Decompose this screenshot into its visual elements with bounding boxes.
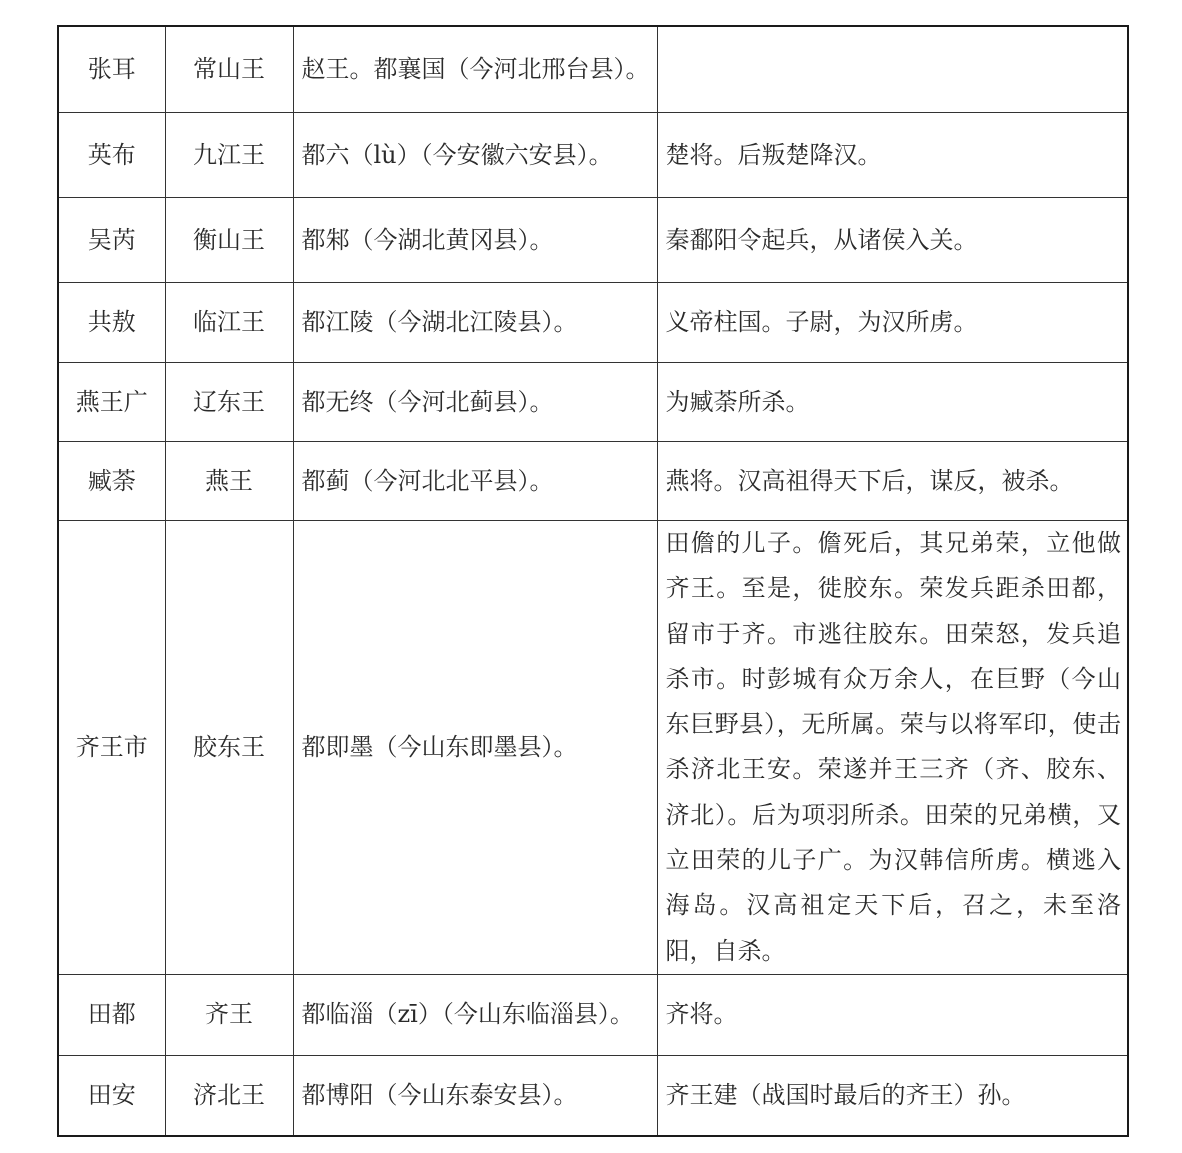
- table-row: 田都 齐王 都临淄（zī）（今山东临淄县）。 齐将。: [58, 974, 1128, 1055]
- table-row: 齐王市 胶东王 都即墨（今山东即墨县）。 田儋的儿子。儋死后，其兄弟荣，立他做齐…: [58, 521, 1128, 975]
- note-cell: 义帝柱国。子尉，为汉所虏。: [657, 283, 1128, 363]
- king-title-cell: 燕王: [165, 442, 293, 521]
- capital-cell: 都六（lù）（今安徽六安县）。: [293, 113, 657, 198]
- king-name-cell: 张耳: [58, 26, 165, 113]
- table-row: 田安 济北王 都博阳（今山东泰安县）。 齐王建（战国时最后的齐王）孙。: [58, 1055, 1128, 1136]
- capital-cell: 都蓟（今河北北平县）。: [293, 442, 657, 521]
- table-row: 共敖 临江王 都江陵（今湖北江陵县）。 义帝柱国。子尉，为汉所虏。: [58, 283, 1128, 363]
- king-name-cell: 臧荼: [58, 442, 165, 521]
- king-title-cell: 临江王: [165, 283, 293, 363]
- note-cell: 齐将。: [657, 974, 1128, 1055]
- king-name-cell: 共敖: [58, 283, 165, 363]
- note-cell: 秦鄱阳令起兵，从诸侯入关。: [657, 198, 1128, 283]
- table-row: 英布 九江王 都六（lù）（今安徽六安县）。 楚将。后叛楚降汉。: [58, 113, 1128, 198]
- king-name-cell: 田都: [58, 974, 165, 1055]
- note-cell: 田儋的儿子。儋死后，其兄弟荣，立他做齐王。至是，徙胶东。荣发兵距杀田都，留市于齐…: [657, 521, 1128, 975]
- king-title-cell: 辽东王: [165, 363, 293, 442]
- kings-table: 张耳 常山王 赵王。都襄国（今河北邢台县）。 英布 九江王 都六（lù）（今安徽…: [57, 25, 1129, 1137]
- king-title-cell: 九江王: [165, 113, 293, 198]
- king-name-cell: 齐王市: [58, 521, 165, 975]
- capital-cell: 都无终（今河北蓟县）。: [293, 363, 657, 442]
- king-name-cell: 吴芮: [58, 198, 165, 283]
- capital-cell: 都博阳（今山东泰安县）。: [293, 1055, 657, 1136]
- note-cell: 楚将。后叛楚降汉。: [657, 113, 1128, 198]
- capital-cell: 都即墨（今山东即墨县）。: [293, 521, 657, 975]
- king-title-cell: 齐王: [165, 974, 293, 1055]
- king-name-cell: 燕王广: [58, 363, 165, 442]
- king-name-cell: 田安: [58, 1055, 165, 1136]
- table-row: 吴芮 衡山王 都邾（今湖北黄冈县）。 秦鄱阳令起兵，从诸侯入关。: [58, 198, 1128, 283]
- king-name-cell: 英布: [58, 113, 165, 198]
- note-cell: [657, 26, 1128, 113]
- note-cell: 为臧荼所杀。: [657, 363, 1128, 442]
- king-title-cell: 济北王: [165, 1055, 293, 1136]
- king-title-cell: 胶东王: [165, 521, 293, 975]
- table-row: 燕王广 辽东王 都无终（今河北蓟县）。 为臧荼所杀。: [58, 363, 1128, 442]
- king-title-cell: 衡山王: [165, 198, 293, 283]
- capital-cell: 都临淄（zī）（今山东临淄县）。: [293, 974, 657, 1055]
- table-row: 张耳 常山王 赵王。都襄国（今河北邢台县）。: [58, 26, 1128, 113]
- note-cell: 燕将。汉高祖得天下后，谋反，被杀。: [657, 442, 1128, 521]
- note-cell: 齐王建（战国时最后的齐王）孙。: [657, 1055, 1128, 1136]
- capital-cell: 都邾（今湖北黄冈县）。: [293, 198, 657, 283]
- capital-cell: 都江陵（今湖北江陵县）。: [293, 283, 657, 363]
- table-row: 臧荼 燕王 都蓟（今河北北平县）。 燕将。汉高祖得天下后，谋反，被杀。: [58, 442, 1128, 521]
- capital-cell: 赵王。都襄国（今河北邢台县）。: [293, 26, 657, 113]
- king-title-cell: 常山王: [165, 26, 293, 113]
